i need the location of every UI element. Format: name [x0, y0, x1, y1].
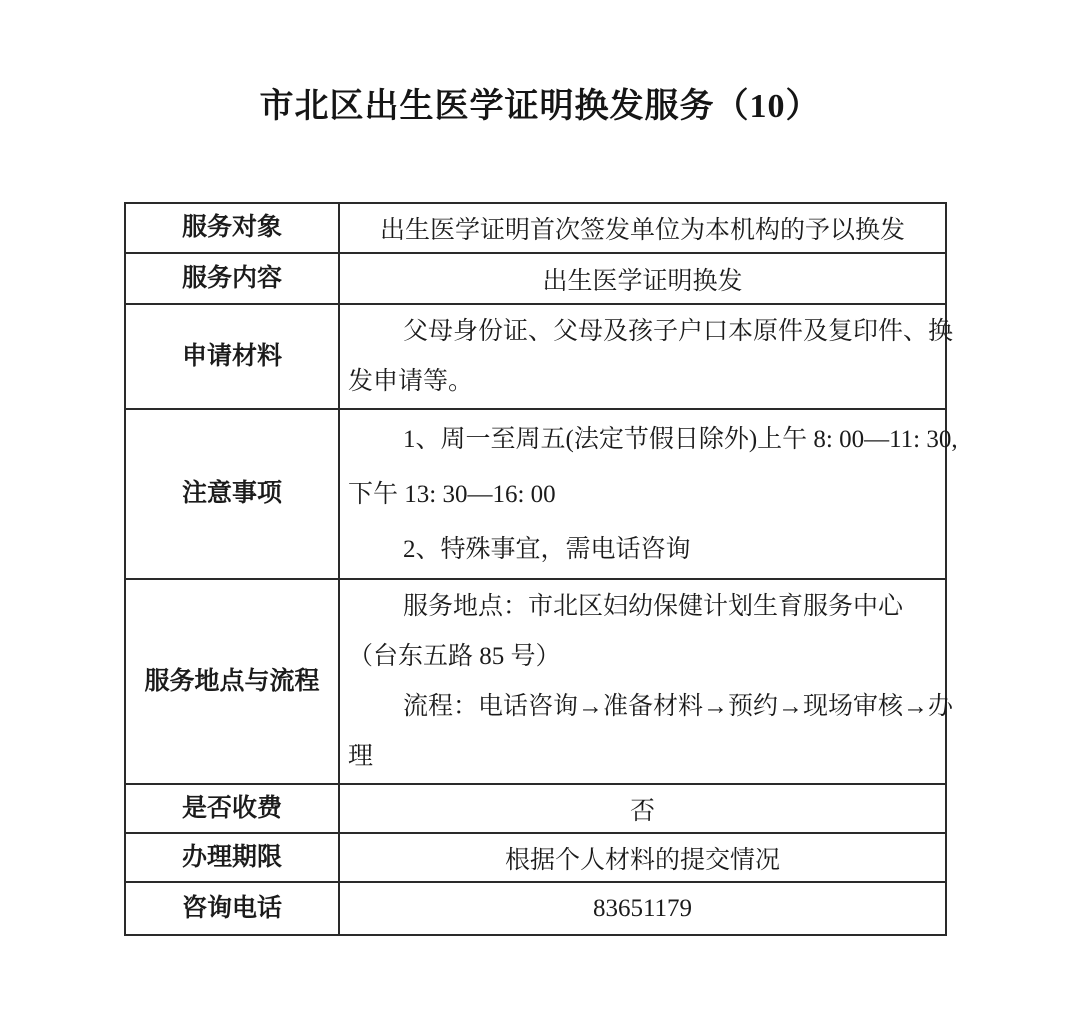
row-label-phone: 咨询电话 — [125, 882, 339, 935]
materials-line: 发申请等。 — [348, 357, 937, 407]
row-label-service-target: 服务对象 — [125, 203, 339, 253]
row-label-service-content: 服务内容 — [125, 253, 339, 304]
table-row-fee: 是否收费 否 — [125, 784, 946, 833]
notes-line: 1、周一至周五(法定节假日除外)上午 8: 00—11: 30, — [348, 412, 937, 467]
row-label-application-materials: 申请材料 — [125, 304, 339, 409]
location-line: （台东五路 85 号） — [348, 632, 937, 682]
table-row-location-and-process: 服务地点与流程 服务地点：市北区妇幼保健计划生育服务中心 （台东五路 85 号）… — [125, 579, 946, 784]
row-value-location-and-process: 服务地点：市北区妇幼保健计划生育服务中心 （台东五路 85 号） 流程：电话咨询… — [339, 579, 946, 784]
table-row-application-materials: 申请材料 父母身份证、父母及孩子户口本原件及复印件、换 发申请等。 — [125, 304, 946, 409]
notes-line: 2、特殊事宜，需电话咨询 — [348, 522, 937, 577]
row-label-fee: 是否收费 — [125, 784, 339, 833]
table-row-service-content: 服务内容 出生医学证明换发 — [125, 253, 946, 304]
row-label-processing-time: 办理期限 — [125, 833, 339, 882]
row-value-phone: 83651179 — [339, 882, 946, 935]
row-label-location-and-process: 服务地点与流程 — [125, 579, 339, 784]
table-row-phone: 咨询电话 83651179 — [125, 882, 946, 935]
location-line: 服务地点：市北区妇幼保健计划生育服务中心 — [348, 582, 937, 632]
row-value-service-content: 出生医学证明换发 — [339, 253, 946, 304]
process-line: 流程：电话咨询→准备材料→预约→现场审核→办 — [348, 682, 937, 732]
row-value-fee: 否 — [339, 784, 946, 833]
table-row-processing-time: 办理期限 根据个人材料的提交情况 — [125, 833, 946, 882]
row-value-service-target: 出生医学证明首次签发单位为本机构的予以换发 — [339, 203, 946, 253]
table-row-service-target: 服务对象 出生医学证明首次签发单位为本机构的予以换发 — [125, 203, 946, 253]
materials-line: 父母身份证、父母及孩子户口本原件及复印件、换 — [348, 307, 937, 357]
process-line: 理 — [348, 732, 937, 782]
notes-line: 下午 13: 30—16: 00 — [348, 467, 937, 522]
service-info-table: 服务对象 出生医学证明首次签发单位为本机构的予以换发 服务内容 出生医学证明换发… — [124, 202, 947, 936]
row-value-application-materials: 父母身份证、父母及孩子户口本原件及复印件、换 发申请等。 — [339, 304, 946, 409]
row-value-notes: 1、周一至周五(法定节假日除外)上午 8: 00—11: 30, 下午 13: … — [339, 409, 946, 579]
table-row-notes: 注意事项 1、周一至周五(法定节假日除外)上午 8: 00—11: 30, 下午… — [125, 409, 946, 579]
row-value-processing-time: 根据个人材料的提交情况 — [339, 833, 946, 882]
page-title: 市北区出生医学证明换发服务（10） — [0, 78, 1080, 127]
row-label-notes: 注意事项 — [125, 409, 339, 579]
